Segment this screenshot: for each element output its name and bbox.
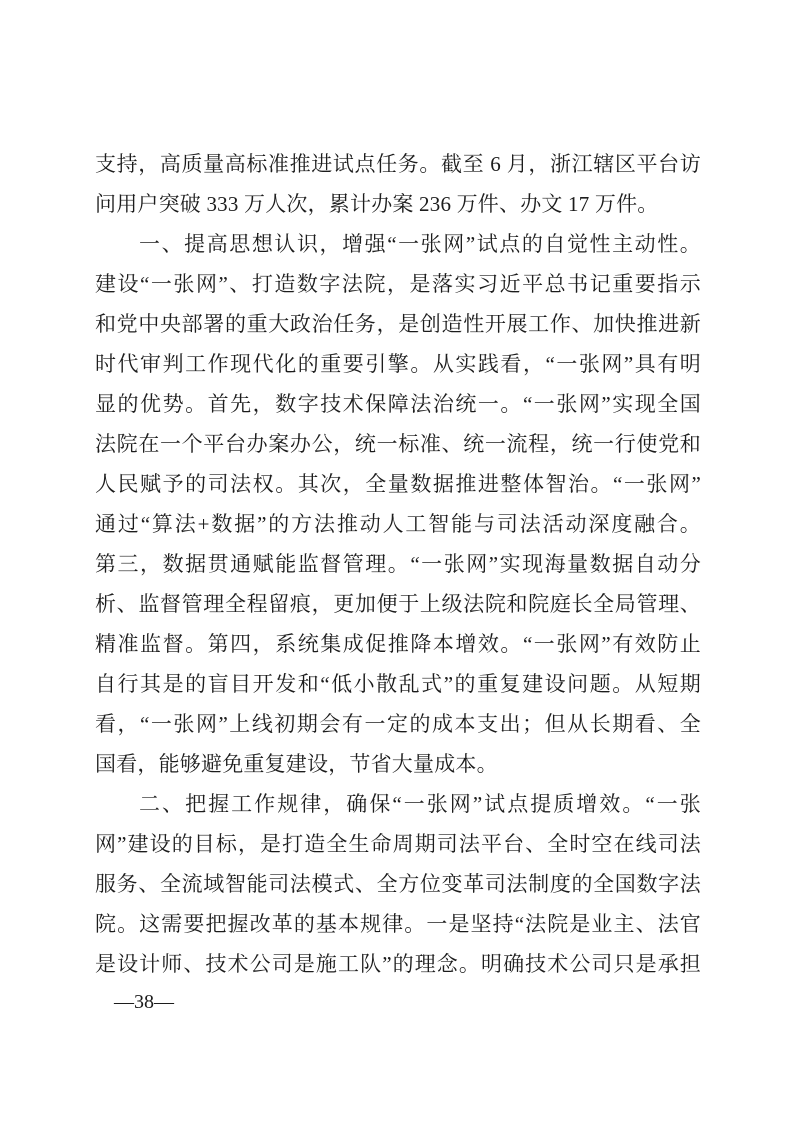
text-line: 国看，能够避免重复建设，节省大量成本。 <box>95 744 701 784</box>
text-line: 第三，数据贯通赋能监督管理。“一张网”实现海量数据自动分 <box>95 544 701 584</box>
section-heading-line: 一、提高思想认识，增强“一张网”试点的自觉性主动性。 <box>95 224 701 264</box>
text-line: 析、监督管理全程留痕，更加便于上级法院和院庭长全局管理、 <box>95 584 701 624</box>
text-line: 建设“一张网”、打造数字法院，是落实习近平总书记重要指示 <box>95 264 701 304</box>
text-line: 显的优势。首先，数字技术保障法治统一。“一张网”实现全国 <box>95 384 701 424</box>
text-line: 是设计师、技术公司是施工队”的理念。明确技术公司只是承担 <box>95 944 701 984</box>
page-number: —38— <box>114 988 174 1016</box>
text-line: 服务、全流域智能司法模式、全方位变革司法制度的全国数字法 <box>95 864 701 904</box>
text-line: 时代审判工作现代化的重要引擎。从实践看，“一张网”具有明 <box>95 344 701 384</box>
text-line: 和党中央部署的重大政治任务，是创造性开展工作、加快推进新 <box>95 304 701 344</box>
section-heading-line: 二、把握工作规律，确保“一张网”试点提质增效。“一张 <box>95 784 701 824</box>
text-line: 法院在一个平台办案办公，统一标准、统一流程，统一行使党和 <box>95 424 701 464</box>
text-line: 问用户突破 333 万人次，累计办案 236 万件、办文 17 万件。 <box>95 184 701 224</box>
text-line: 通过“算法+数据”的方法推动人工智能与司法活动深度融合。 <box>95 504 701 544</box>
text-line: 精准监督。第四，系统集成促推降本增效。“一张网”有效防止 <box>95 624 701 664</box>
text-line: 院。这需要把握改革的基本规律。一是坚持“法院是业主、法官 <box>95 904 701 944</box>
text-line: 网”建设的目标，是打造全生命周期司法平台、全时空在线司法 <box>95 824 701 864</box>
text-line: 人民赋予的司法权。其次，全量数据推进整体智治。“一张网” <box>95 464 701 504</box>
document-text-block: 支持，高质量高标准推进试点任务。截至 6 月，浙江辖区平台访 问用户突破 333… <box>95 144 701 984</box>
text-line: 看，“一张网”上线初期会有一定的成本支出；但从长期看、全 <box>95 704 701 744</box>
text-line: 自行其是的盲目开发和“低小散乱式”的重复建设问题。从短期 <box>95 664 701 704</box>
text-line: 支持，高质量高标准推进试点任务。截至 6 月，浙江辖区平台访 <box>95 144 701 184</box>
